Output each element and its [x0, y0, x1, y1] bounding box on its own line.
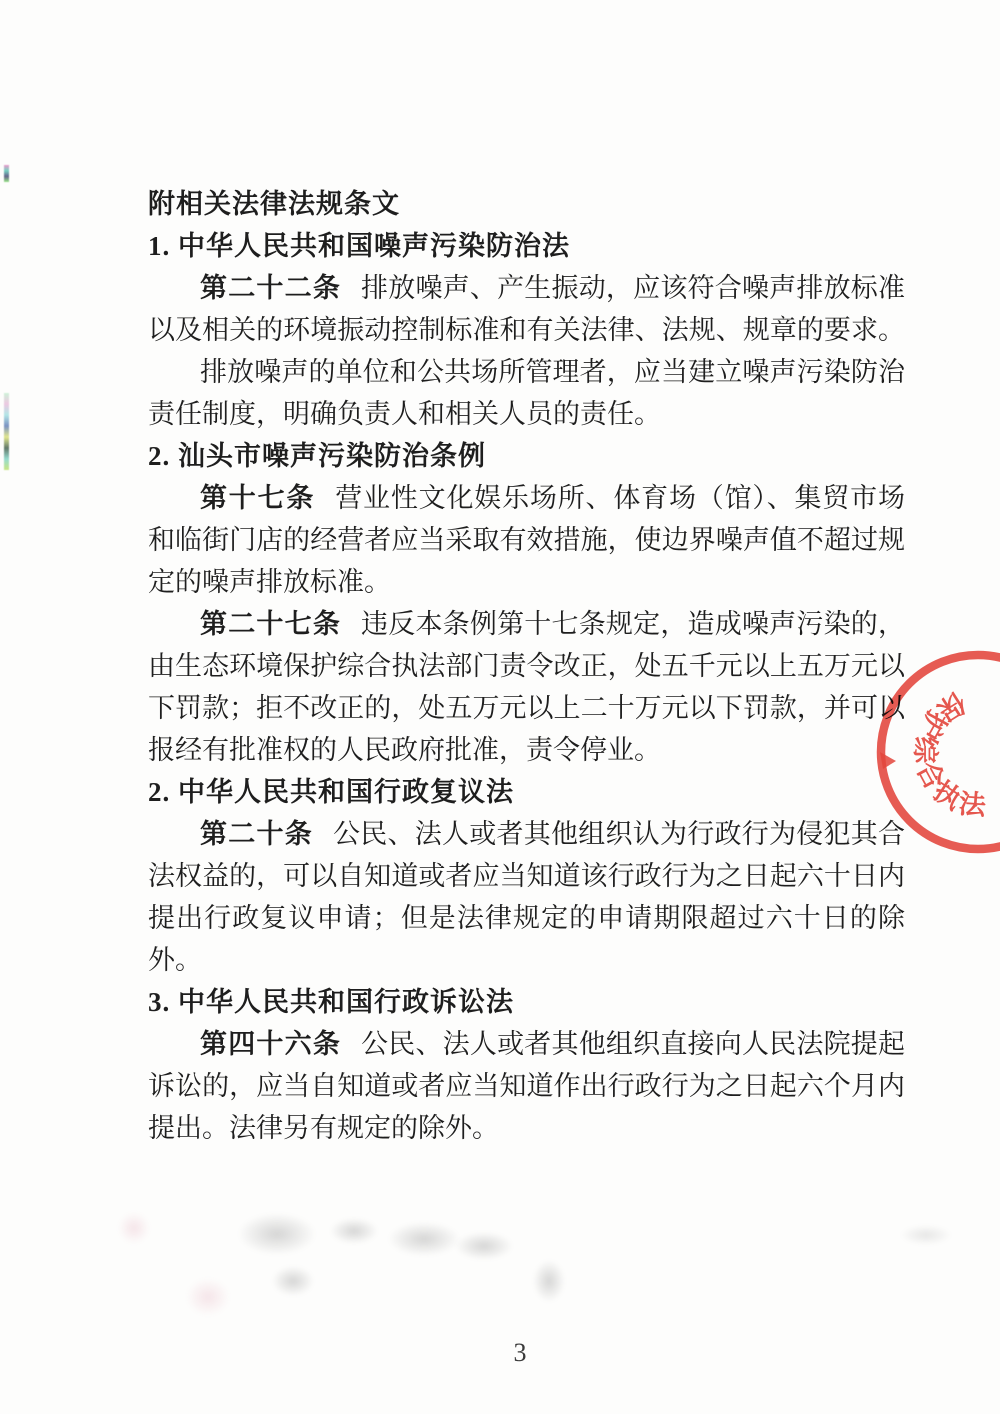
document-line: 法权益的，可以自知道或者应当知道该行政行为之日起六十日内 — [148, 855, 905, 897]
document-line: 由生态环境保护综合执法部门责令改正，处五千元以上五万元以 — [148, 645, 905, 687]
document-line: 报经有批准权的人民政府批准，责令停业。 — [148, 729, 905, 771]
line-text: 排放噪声、产生振动，应该符合噪声排放标准 — [361, 273, 905, 303]
document-line: 和临街门店的经营者应当采取有效措施，使边界噪声值不超过规 — [148, 519, 905, 561]
line-text: 公民、法人或者其他组织认为行政行为侵犯其合 — [333, 819, 905, 849]
scan-smudge — [186, 1278, 230, 1316]
document-line: 责任制度，明确负责人和相关人员的责任。 — [148, 393, 905, 435]
scan-smudge — [455, 1232, 513, 1260]
document-line: 第二十条公民、法人或者其他组织认为行政行为侵犯其合 — [148, 813, 905, 855]
document-line: 提出。法律另有规定的除外。 — [148, 1107, 905, 1149]
scan-smudge — [238, 1213, 316, 1255]
document-line: 第二十七条违反本条例第十七条规定，造成噪声污染的， — [148, 603, 905, 645]
section-title-litigation-law: 3. 中华人民共和国行政诉讼法 — [148, 981, 905, 1023]
document-line: 第十七条营业性文化娱乐场所、体育场（馆）、集贸市场 — [148, 477, 905, 519]
line-text: 公民、法人或者其他组织直接向人民法院提起 — [361, 1029, 905, 1059]
document-body: 附相关法律法规条文 1. 中华人民共和国噪声污染防治法 第二十二条排放噪声、产生… — [148, 183, 905, 1149]
section-title-noise-law: 1. 中华人民共和国噪声污染防治法 — [148, 225, 905, 267]
document-line: 第二十二条排放噪声、产生振动，应该符合噪声排放标准 — [148, 267, 905, 309]
scan-smudge — [272, 1266, 314, 1296]
document-line: 第四十六条公民、法人或者其他组织直接向人民法院提起 — [148, 1023, 905, 1065]
scan-edge-artifact — [4, 165, 9, 182]
seal-arc-text: 保护综合执法 — [910, 686, 991, 821]
section-title-shantou-regulation: 2. 汕头市噪声污染防治条例 — [148, 435, 905, 477]
article-number: 第四十六条 — [200, 1029, 341, 1059]
section-title-reconsideration-law: 2. 中华人民共和国行政复议法 — [148, 771, 905, 813]
article-number: 第二十二条 — [200, 273, 341, 303]
line-text: 营业性文化娱乐场所、体育场（馆）、集贸市场 — [335, 483, 905, 513]
scan-edge-artifact — [4, 393, 9, 470]
document-line: 外。 — [148, 939, 905, 981]
scan-smudge — [533, 1260, 565, 1302]
document-line: 提出行政复议申请；但是法律规定的申请期限超过六十日的除 — [148, 897, 905, 939]
scan-smudge — [330, 1218, 378, 1244]
page-number: 3 — [0, 1338, 1000, 1368]
document-line: 排放噪声的单位和公共场所管理者，应当建立噪声污染防治 — [148, 351, 905, 393]
document-line: 定的噪声排放标准。 — [148, 561, 905, 603]
article-number: 第十七条 — [200, 483, 315, 513]
scanned-document-page: { "document": { "heading": "附相关法律法规条文", … — [0, 0, 1000, 1414]
scan-smudge — [388, 1222, 460, 1256]
article-number: 第二十七条 — [200, 609, 341, 639]
line-text: 违反本条例第十七条规定，造成噪声污染的， — [361, 609, 905, 639]
document-heading: 附相关法律法规条文 — [148, 183, 905, 225]
document-line: 诉讼的，应当自知道或者应当知道作出行政行为之日起六个月内 — [148, 1065, 905, 1107]
document-line: 以及相关的环境振动控制标准和有关法律、法规、规章的要求。 — [148, 309, 905, 351]
scan-smudge — [118, 1212, 150, 1244]
scan-smudge — [900, 1225, 952, 1245]
article-number: 第二十条 — [200, 819, 313, 849]
document-line: 下罚款；拒不改正的，处五万元以上二十万元以下罚款，并可以 — [148, 687, 905, 729]
